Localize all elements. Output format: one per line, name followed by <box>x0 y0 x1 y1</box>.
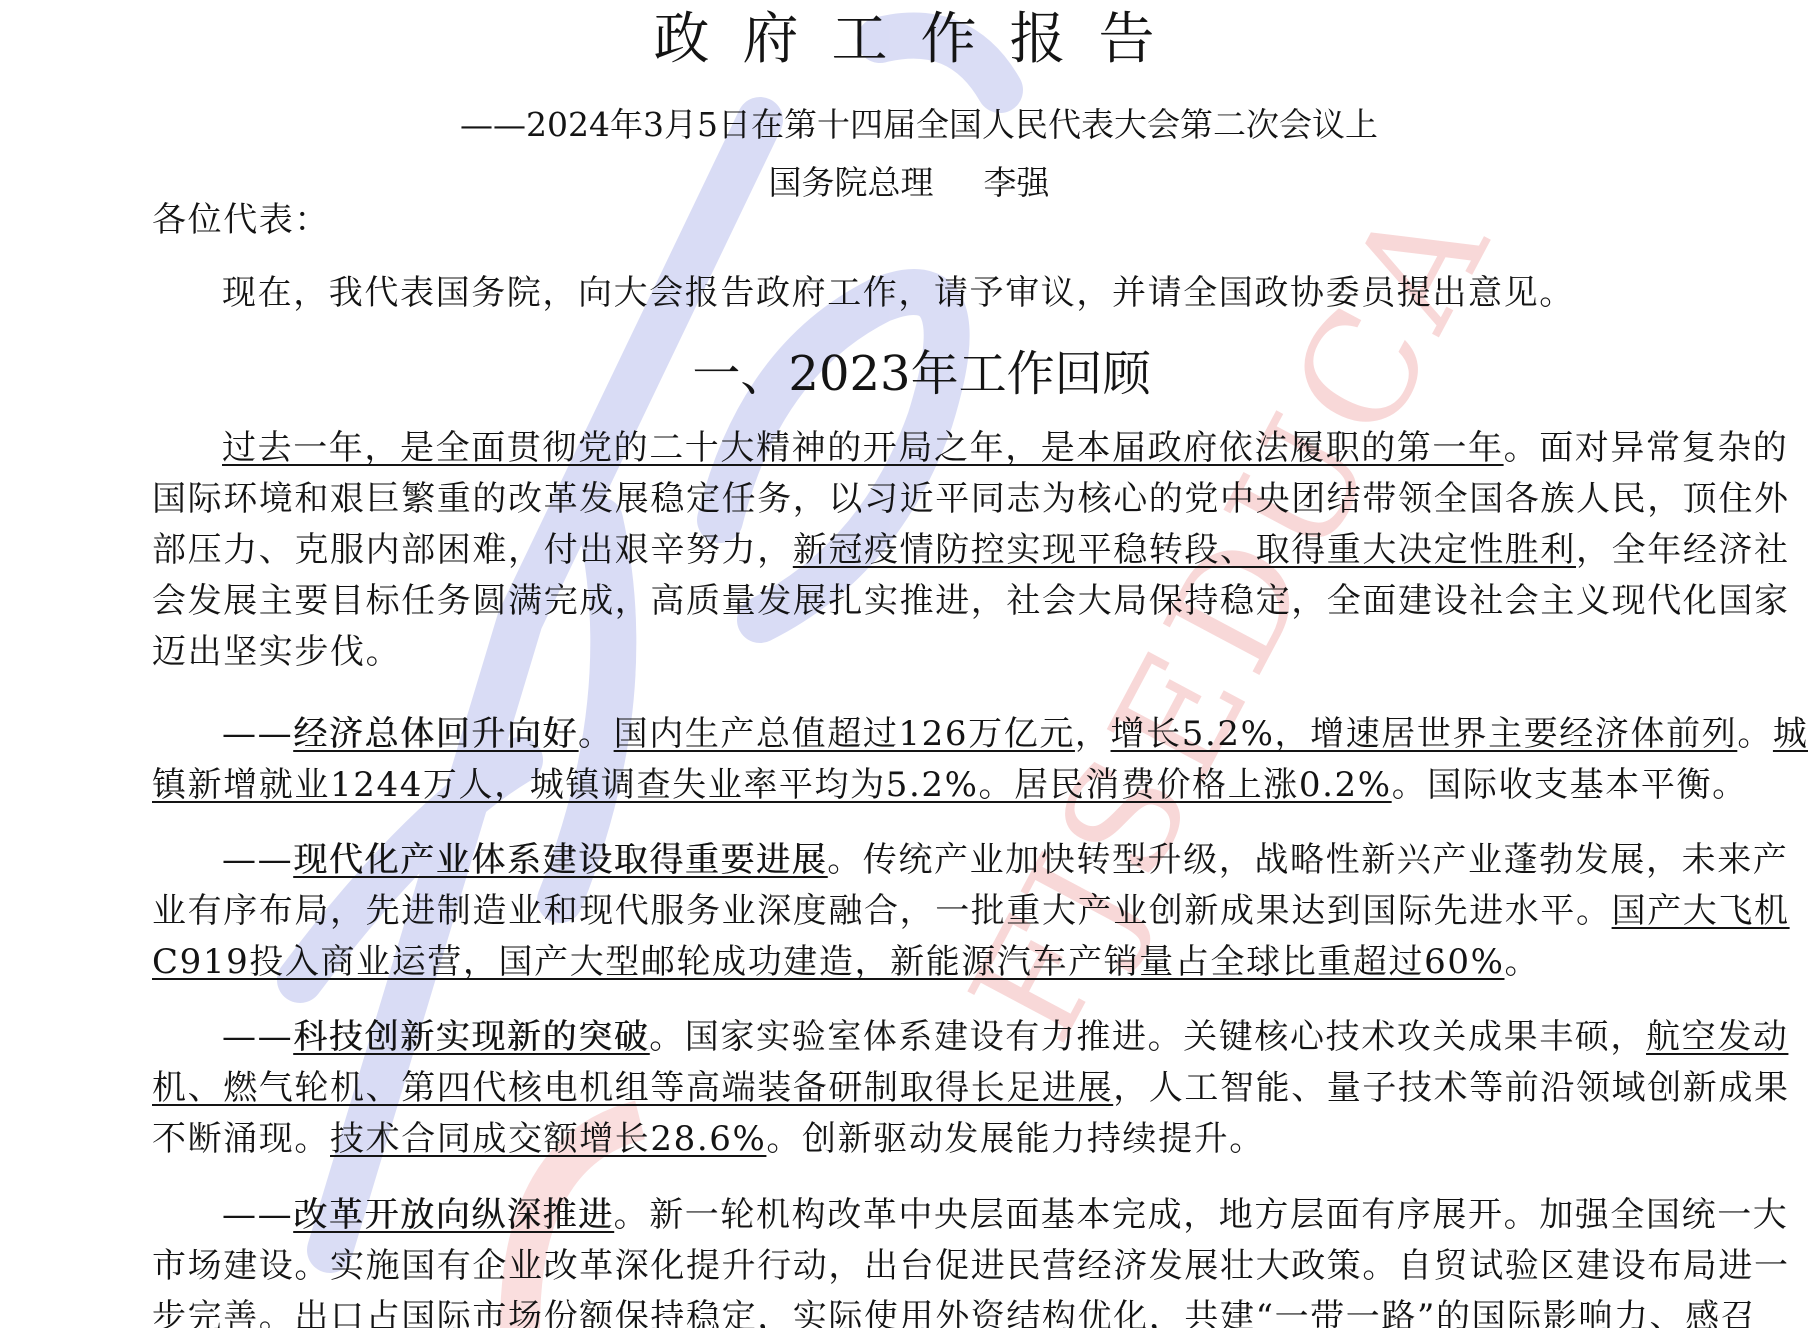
document-title: 政府工作报告 <box>0 12 1808 68</box>
section-heading: 一、2023年工作回顾 <box>0 350 1808 398</box>
document-page: 政府工作报告 ——2024年3月5日在第十四届全国人民代表大会第二次会议上 国务… <box>0 0 1808 1328</box>
paragraph-lead: 经济总体回升向好 <box>293 714 578 754</box>
author-name: 李强 <box>984 163 1050 202</box>
opening-paragraph: 现在，我代表国务院，向大会报告政府工作，请予审议，并请全国政协委员提出意见。 <box>222 276 1575 310</box>
author-role: 国务院总理 <box>769 163 934 202</box>
underlined-text: 过去一年，是全面贯彻党的二十大精神的开局之年，是本届政府依法履职的第一年 <box>222 428 1504 468</box>
underlined-text: 新冠疫情防控实现平稳转段、取得重大决定性胜利 <box>793 530 1576 570</box>
paragraph-lead: 科技创新实现新的突破 <box>293 1017 649 1057</box>
paragraph-lead: 改革开放向纵深推进 <box>293 1195 613 1235</box>
salutation: 各位代表： <box>152 203 330 237</box>
author-line: 国务院总理李强 <box>0 166 1808 199</box>
paragraph-lead: 现代化产业体系建设取得重要进展 <box>293 840 827 880</box>
document-subtitle: ——2024年3月5日在第十四届全国人民代表大会第二次会议上 <box>0 108 1808 141</box>
